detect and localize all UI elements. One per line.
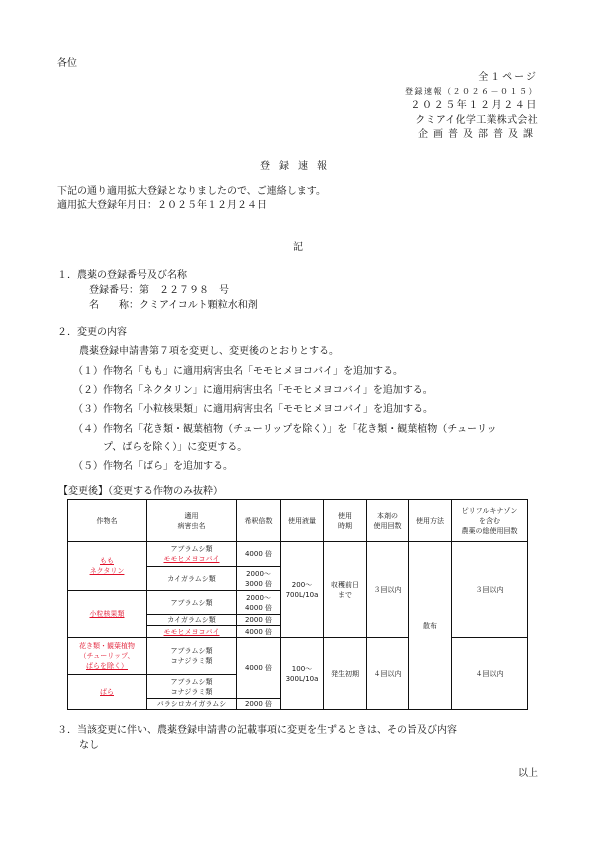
crop-bara: ばら	[68, 675, 147, 709]
crop-shouryuu-kakarui: 小粒核果類	[68, 591, 147, 638]
section2-heading: ２．変更の内容	[57, 327, 127, 339]
section3-heading: ３．当該変更に伴い、農薬登録申請書の記載事項に変更を生ずるときは、その旨及び内容	[57, 725, 457, 737]
company-name: クミアイ化学工業株式会社	[415, 115, 538, 127]
product-name: 名 称：クミアイコルト顆粒水和剤	[89, 300, 258, 312]
change-item-4-cont: プ、ばらを除く）」に変更する。	[103, 442, 247, 454]
dilution-cell: 2000～3000 倍	[237, 567, 281, 591]
timing-cell: 収穫前日まで	[324, 542, 367, 638]
header-dilution: 希釈倍数	[237, 500, 281, 542]
method-cell: 散布	[409, 542, 452, 709]
dilution-cell: 4000 倍	[237, 638, 281, 699]
pest-cell: カイガラムシ類	[147, 567, 237, 591]
times-cell: ４回以内	[367, 638, 409, 709]
dilution-cell: 2000 倍	[237, 615, 281, 626]
header-pest: 適用病害虫名	[147, 500, 237, 542]
change-item-3: （３）作物名「小粒核果類」に適用病害虫名「モモヒメヨコバイ」を追加する。	[73, 404, 433, 416]
header-method: 使用方法	[409, 500, 452, 542]
addressee: 各位	[57, 58, 77, 70]
ki-label: 記	[0, 242, 596, 254]
doc-number: 登録速報（２０２６－０１５）	[405, 87, 538, 97]
section3-body: なし	[79, 740, 99, 752]
intro-line-2: 適用拡大登録年月日：２０２５年１２月２４日	[57, 200, 267, 212]
pest-cell: アブラムシ類コナジラミ類	[147, 675, 237, 699]
pest-cell: モモヒメヨコバイ	[147, 626, 237, 638]
header-total-times: ピリフルキナゾンを含む農薬の総使用回数	[452, 500, 527, 542]
dilution-cell: 4000 倍	[237, 542, 281, 567]
change-item-4: （４）作物名「花き類・観葉植物（チューリップを除く）」を「花き類・観葉植物（チュ…	[73, 424, 497, 436]
pest-cell: アブラムシ類	[147, 591, 237, 615]
crop-kaki-kanyou: 花き類・観葉植物（チューリップ、ばらを除く）	[68, 638, 147, 675]
total-times-cell: ４回以内	[452, 638, 527, 709]
pest-cell: カイガラムシ類	[147, 615, 237, 626]
change-item-5: （５）作物名「ばら」を追加する。	[73, 461, 233, 473]
header-volume: 使用液量	[281, 500, 324, 542]
pest-cell: アブラムシ類コナジラミ類	[147, 638, 237, 675]
page-count: 全１ページ	[478, 72, 538, 84]
pest-cell: アブラムシ類モモヒメヨコバイ	[147, 542, 237, 567]
intro-line-1: 下記の通り適用拡大登録となりましたので、ご連絡します。	[57, 186, 326, 198]
table-caption: 【変更後】（変更する作物のみ抜粋）	[58, 486, 223, 498]
doc-date: ２０２５年１２月２４日	[410, 100, 538, 112]
header-crop: 作物名	[68, 500, 147, 542]
section2-lead: 農薬登録申請書第７項を変更し、変更後のとおりとする。	[79, 346, 339, 358]
volume-cell: 200～700L/10a	[281, 542, 324, 638]
dilution-cell: 4000 倍	[237, 626, 281, 638]
dilution-cell: 2000～4000 倍	[237, 591, 281, 615]
header-timing: 使用時期	[324, 500, 367, 542]
change-item-2: （２）作物名「ネクタリン」に適用病害虫名「モモヒメヨコバイ」を追加する。	[73, 385, 433, 397]
document-title: 登録速報	[0, 157, 596, 172]
registration-table: 作物名 適用病害虫名 希釈倍数 使用液量 使用時期 本剤の使用回数 使用方法 ピ…	[67, 499, 528, 710]
pest-cell: バラシロカイガラムシ	[147, 699, 237, 709]
times-cell: ３回以内	[367, 542, 409, 638]
closing-mark: 以上	[518, 768, 538, 780]
header-times: 本剤の使用回数	[367, 500, 409, 542]
total-times-cell: ３回以内	[452, 542, 527, 638]
crop-momo-nectarine: ももネクタリン	[68, 542, 147, 591]
section1-heading: １．農薬の登録番号及び名称	[57, 270, 187, 282]
timing-cell: 発生初期	[324, 638, 367, 709]
change-item-1: （１）作物名「もも」に適用病害虫名「モモヒメヨコバイ」を追加する。	[73, 366, 403, 378]
department: 企画普及部普及課	[418, 129, 538, 141]
registration-number: 登録番号：第 ２２７９８ 号	[89, 285, 229, 297]
volume-cell: 100～300L/10a	[281, 638, 324, 709]
dilution-cell: 2000 倍	[237, 699, 281, 709]
